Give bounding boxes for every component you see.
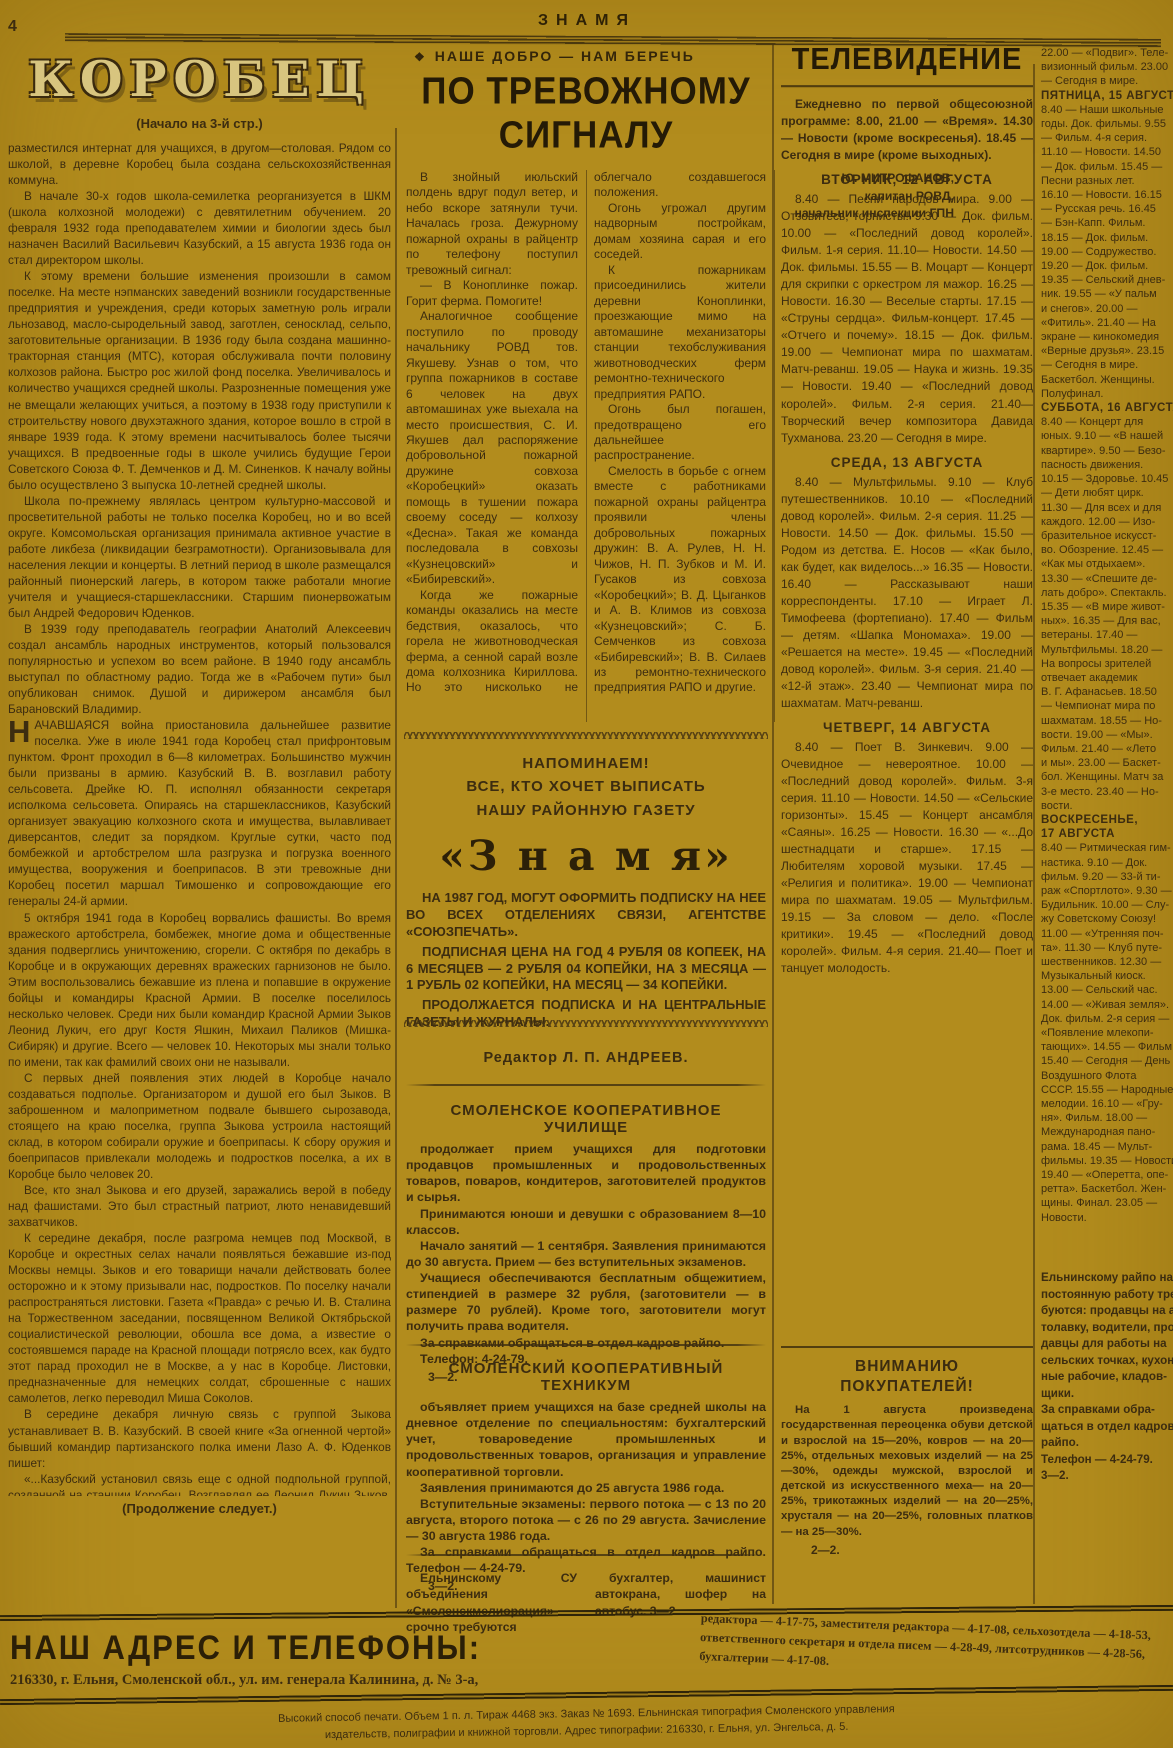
- fire-title-line2: СИГНАЛУ: [404, 113, 768, 158]
- article-paragraph: НАЧАВШАЯСЯ война приостановила дальнейше…: [8, 717, 391, 909]
- subscription-header-line: ВСЕ, КТО ХОЧЕТ ВЫПИСАТЬ: [404, 775, 768, 798]
- tv-fragment-line: — Русская речь. 16.45: [1041, 202, 1173, 216]
- tv-fragment-line: вости. 19.00 — «Мы».: [1041, 728, 1173, 742]
- ad-fragment-line: сельских точках, кухон-: [1041, 1353, 1173, 1370]
- article-paragraph: Смелость в борьбе с огнем вместе с работ…: [594, 464, 766, 696]
- ad-fragment-line: Ельнинскому райпо на: [1041, 1270, 1173, 1287]
- tv-day: ВТОРНИК, 12 АВГУСТА 8.40 — Песни народов…: [781, 172, 1033, 446]
- ad-fragment-line: ные рабочие, кладов-: [1041, 1369, 1173, 1386]
- ad-paragraph: Принимаются юноши и девушки с образовани…: [406, 1206, 766, 1238]
- tv-days: ВТОРНИК, 12 АВГУСТА 8.40 — Песни народов…: [781, 172, 1033, 977]
- tv-fragment-line: 10.15 — Здоровье. 10.45: [1041, 472, 1173, 486]
- newspaper-page: 4 ЗНАМЯ КОРОБЕЦ (Начало на 3-й стр.) раз…: [0, 0, 1173, 1748]
- section-rule: [406, 1084, 766, 1086]
- tv-fragment-line: На вопросы зрителей: [1041, 657, 1173, 671]
- column-divider: [1033, 64, 1035, 1604]
- tv-day: ЧЕТВЕРГ, 14 АВГУСТА 8.40 — Поет В. Зинке…: [781, 720, 1033, 977]
- tv-fragment-line: 17 АВГУСТА: [1041, 827, 1173, 841]
- tv-fragment-line: раж «Спортлото». 9.30 —: [1041, 884, 1173, 898]
- tv-fragment-line: Будильник. 10.00 — Слу-: [1041, 898, 1173, 912]
- tv-fragment-line: 13.30 — «Спешите де-: [1041, 572, 1173, 586]
- buyers-notice-text: На 1 августа произведена государственная…: [781, 1403, 1033, 1539]
- tv-fragment-line: и мы». 23.00 — Баскет-: [1041, 756, 1173, 770]
- ad-raipo-jobs: Ельнинскому райпо напостоянную работу тр…: [1041, 1270, 1173, 1485]
- tv-fragment-line: 15.40 — Сегодня — День: [1041, 1054, 1173, 1068]
- ad-fragment-line: райпо.: [1041, 1435, 1173, 1452]
- tv-fragment-line: «Как мы отдыхаем».: [1041, 557, 1173, 571]
- tv-fragment-line: шахматам. 18.55 — Но-: [1041, 714, 1173, 728]
- tv-section-title: ТЕЛЕВИДЕНИЕ: [781, 43, 1033, 88]
- article-paragraph: Аналогичное сообщение поступило по прово…: [406, 309, 578, 587]
- ad-uchilishche: СМОЛЕНСКОЕ КООПЕРАТИВНОЕ УЧИЛИЩЕ продолж…: [406, 1102, 766, 1385]
- tv-fragment-line: 11.10 — Новости. 14.50: [1041, 145, 1173, 159]
- tv-fragment-line: визионный фильм. 23.00: [1041, 60, 1173, 74]
- ad-paragraph: Учащиеся обеспечиваются бесплатным общеж…: [406, 1270, 766, 1335]
- ad-fragment-line: За справками обра-: [1041, 1402, 1173, 1419]
- tv-fragment-line: отвечает академик: [1041, 671, 1173, 685]
- tv-fragment-line: СУББОТА, 16 АВГУСТА: [1041, 401, 1173, 415]
- ad-text-left: Ельнинскому СУ объединения «Смоленскмели…: [406, 1570, 577, 1636]
- article-paragraph: С первых дней появления этих людей в Кор…: [8, 1070, 391, 1182]
- tv-fragment-line: квартире». 9.50 — Безо-: [1041, 444, 1173, 458]
- tv-fragment-line: СССР. 15.55 — Народные: [1041, 1083, 1173, 1097]
- ad-paragraph: продолжает прием учащихся для подготовки…: [406, 1141, 766, 1206]
- article-subtitle: (Начало на 3-й стр.): [8, 116, 391, 131]
- fire-article-title: ПО ТРЕВОЖНОМУ СИГНАЛУ: [404, 69, 768, 158]
- tv-fragment-line: каждого. 12.00 — Изо-: [1041, 515, 1173, 529]
- tv-fragment-line: Воздушного Флота: [1041, 1069, 1173, 1083]
- imprint: Высокий способ печати. Объем 1 п. л. Тир…: [60, 1698, 1113, 1748]
- buyers-notice-title: ВНИМАНИЮ ПОКУПАТЕЛЕЙ!: [781, 1357, 1033, 1397]
- article-title: КОРОБЕЦ: [8, 50, 391, 108]
- ad-fragment-line: 3—2.: [1041, 1468, 1173, 1485]
- subscription-header-line: НАПОМИНАЕМ!: [404, 752, 768, 775]
- ad-fragment-line: щаться в отдел кадров: [1041, 1419, 1173, 1436]
- ad-fragment-line: постоянную работу тре-: [1041, 1287, 1173, 1304]
- ad-tekhnikum: СМОЛЕНСКИЙ КООПЕРАТИВНЫЙ ТЕХНИКУМ объявл…: [406, 1360, 766, 1595]
- tv-fragment-line: — Фильм. 4-я серия.: [1041, 131, 1173, 145]
- tv-fragment-line: 11.00 — «Утренняя поч-: [1041, 927, 1173, 941]
- tv-fragment-line: ных». 16.35 — Для вас,: [1041, 614, 1173, 628]
- tv-fragment-line: щины. Финал. 23.05 —: [1041, 1196, 1173, 1210]
- tv-fragment-line: 19.35 — Сельский днев-: [1041, 273, 1173, 287]
- tv-fragment-line: 22.00 — «Подвиг». Теле-: [1041, 46, 1173, 60]
- buyers-notice: ВНИМАНИЮ ПОКУПАТЕЛЕЙ! На 1 августа произ…: [781, 1346, 1033, 1557]
- article-paragraph: В начале 30-х годов школа-семилетка реор…: [8, 188, 391, 268]
- tv-fragment-line: Новости.: [1041, 1211, 1173, 1225]
- tv-fragment-line: В. Г. Афанасьев. 18.50: [1041, 685, 1173, 699]
- tv-fragment-line: шественников. 12.30 —: [1041, 955, 1173, 969]
- tv-fragment-line: — Бэн-Капп. Фильм.: [1041, 216, 1173, 230]
- tv-day-listing: 8.40 — Мультфильмы. 9.10 — Клуб путешест…: [781, 474, 1033, 712]
- column-divider: [395, 128, 397, 1608]
- ad-fragment-line: давцы для работы на: [1041, 1336, 1173, 1353]
- tv-fragment-line: годы. Док. фильмы. 9.55: [1041, 117, 1173, 131]
- article-paragraph: «...Казубский установил связь еще с одно…: [8, 1471, 391, 1496]
- ad-fragment-line: щики.: [1041, 1386, 1173, 1403]
- subscription-header-line: НАШУ РАЙОННУЮ ГАЗЕТУ: [404, 799, 768, 822]
- tv-fragment-line: Док. фильм. 2-я серия —: [1041, 1012, 1173, 1026]
- tv-fragment-line: ПЯТНИЦА, 15 АВГУСТА: [1041, 89, 1173, 103]
- right-clipped-column: 22.00 — «Подвиг». Теле-визионный фильм. …: [1041, 46, 1173, 1612]
- tv-fragment-line: тающих». 14.55 — Фильм.: [1041, 1040, 1173, 1054]
- address-title: НАШ АДРЕС И ТЕЛЕФОНЫ:: [10, 1628, 481, 1668]
- tv-fragment-line: Песни разных лет.: [1041, 174, 1173, 188]
- tv-fragment-line: 8.40 — Наши школьные: [1041, 103, 1173, 117]
- buyers-title-line2: ПОКУПАТЕЛЕЙ!: [781, 1377, 1033, 1397]
- ad-paragraph: Заявления принимаются до 25 августа 1986…: [406, 1480, 766, 1496]
- article-paragraph: В 1939 году преподаватель географии Анат…: [8, 621, 391, 717]
- article-paragraph: В знойный июльский полдень вдруг подул в…: [406, 170, 578, 278]
- editor-line: Редактор Л. П. АНДРЕЕВ.: [404, 1050, 768, 1066]
- fire-article-body: В знойный июльский полдень вдруг подул в…: [406, 170, 766, 722]
- article-paragraph: Все, кто знал Зыкова и его друзей, зараж…: [8, 1182, 391, 1230]
- tv-fragment-line: Полуфинал.: [1041, 387, 1173, 401]
- tv-fragment-line: 19.00 — Содружество.: [1041, 245, 1173, 259]
- tv-fragment-line: Фильм. 21.40 — «Лето: [1041, 742, 1173, 756]
- ad-paragraph: объявляет прием учащихся на базе средней…: [406, 1399, 766, 1480]
- tv-fragment-line: 15.35 — «В мире живот-: [1041, 600, 1173, 614]
- tv-listing-fragments: 22.00 — «Подвиг». Теле-визионный фильм. …: [1041, 46, 1173, 1225]
- tv-fragment-line: Мультфильмы. 18.20 —: [1041, 643, 1173, 657]
- rubric: ❖НАШЕ ДОБРО — НАМ БЕРЕЧЬ: [414, 48, 695, 64]
- tv-fragment-line: 16.10 — Новости. 16.15: [1041, 188, 1173, 202]
- tv-fragment-line: «Фитиль». 21.40 — На: [1041, 316, 1173, 330]
- ad-paragraph: За справками обращаться в отдел кадров р…: [406, 1335, 766, 1351]
- article-paragraph: К пожарникам присоединились жители дерев…: [594, 263, 766, 402]
- tv-fragment-line: 11.30 — Для всех и для: [1041, 501, 1173, 515]
- column-divider: [772, 44, 774, 1604]
- buyers-title-line1: ВНИМАНИЮ: [781, 1357, 1033, 1377]
- tv-fragment-line: жу Советскому Союзу!: [1041, 912, 1173, 926]
- fire-title-line1: ПО ТРЕВОЖНОМУ: [404, 69, 768, 114]
- phone-directory: редактора — 4-17-75, заместителя редакто…: [699, 1609, 1171, 1684]
- tv-fragment-line: Международная пано-: [1041, 1125, 1173, 1139]
- tv-fragment-line: ветераны. 17.40 —: [1041, 628, 1173, 642]
- tv-fragment-line: — Чемпионат мира по: [1041, 699, 1173, 713]
- tv-fragment-line: 3-е место. 23.40 — Но-: [1041, 785, 1173, 799]
- tv-intro: Ежедневно по первой общесоюзной программ…: [781, 96, 1033, 164]
- rubric-diamond-icon: ❖: [414, 50, 427, 64]
- ad-paragraph: Начало занятий — 1 сентября. Заявления п…: [406, 1238, 766, 1270]
- article-paragraph: 5 октября 1941 года в Коробец ворвались …: [8, 910, 391, 1070]
- tv-fragment-line: ВОСКРЕСЕНЬЕ,: [1041, 813, 1173, 827]
- tv-fragment-line: ня». Фильм. 18.00 —: [1041, 1111, 1173, 1125]
- article-body: разместился интернат для учащихся, в дру…: [8, 140, 391, 1496]
- article-paragraph: разместился интернат для учащихся, в дру…: [8, 140, 391, 188]
- article-paragraph: К этому времени большие изменения произо…: [8, 268, 391, 492]
- article-paragraph: Огонь угрожал другим надворным постройка…: [594, 201, 766, 263]
- tv-fragment-line: 19.40 — «Оперетта, опе-: [1041, 1168, 1173, 1182]
- section-rule: [406, 1554, 766, 1556]
- tv-day: СРЕДА, 13 АВГУСТА 8.40 — Мультфильмы. 9.…: [781, 455, 1033, 712]
- ad-title: СМОЛЕНСКОЕ КООПЕРАТИВНОЕ УЧИЛИЩЕ: [406, 1102, 766, 1136]
- tv-fragment-line: во. Обозрение. 12.45 —: [1041, 543, 1173, 557]
- ad-title: СМОЛЕНСКИЙ КООПЕРАТИВНЫЙ ТЕХНИКУМ: [406, 1360, 766, 1394]
- tv-fragment-line: 14.00 — «Живая земля».: [1041, 998, 1173, 1012]
- article-paragraph: Школа по-прежнему являлась центром культ…: [8, 493, 391, 621]
- tv-fragment-line: — Дети любят цирк.: [1041, 486, 1173, 500]
- ad-run-mark: 2—2.: [781, 1543, 1033, 1557]
- tv-fragment-line: та». 11.30 — Клуб путе-: [1041, 941, 1173, 955]
- tv-fragment-line: 19.20 — Док. фильм.: [1041, 259, 1173, 273]
- tv-day-header: ЧЕТВЕРГ, 14 АВГУСТА: [781, 720, 1033, 735]
- tv-day-listing: 8.40 — Песни народов мира. 9.00 — Отзови…: [781, 191, 1033, 446]
- rubric-label: НАШЕ ДОБРО — НАМ БЕРЕЧЬ: [435, 48, 695, 64]
- tv-fragment-line: лать добро». Спектакль.: [1041, 586, 1173, 600]
- tv-fragment-line: 8.40 — Ритмическая гим-: [1041, 841, 1173, 855]
- ad-fragment-line: толавку, водители, про-: [1041, 1320, 1173, 1337]
- section-rule: [406, 1344, 766, 1346]
- tv-fragment-line: настика. 9.10 — Док.: [1041, 856, 1173, 870]
- tv-fragment-line: вости.: [1041, 799, 1173, 813]
- subscription-body: НА 1987 ГОД, МОГУТ ОФОРМИТЬ ПОДПИСКУ НА …: [406, 890, 766, 1034]
- tv-fragment-line: бразительное искусст-: [1041, 529, 1173, 543]
- tv-fragment-line: — Сегодня в мире.: [1041, 74, 1173, 88]
- tv-day-listing: 8.40 — Поет В. Зинкевич. 9.00 — Очевидно…: [781, 739, 1033, 977]
- page-number: 4: [8, 18, 17, 36]
- tv-day-header: СРЕДА, 13 АВГУСТА: [781, 455, 1033, 470]
- tv-fragment-line: бол. Женщины. Матч за: [1041, 770, 1173, 784]
- subscription-paragraph: ПОДПИСНАЯ ЦЕНА НА ГОД 4 РУБЛЯ 08 КОПЕЕК,…: [406, 944, 766, 995]
- tv-fragment-line: фильмы. 19.35 — Новости.: [1041, 1154, 1173, 1168]
- tv-fragment-line: юных. 9.10 — «В нашей: [1041, 429, 1173, 443]
- tv-fragment-line: — Сегодня в мире.: [1041, 358, 1173, 372]
- subscription-paragraph: НА 1987 ГОД, МОГУТ ОФОРМИТЬ ПОДПИСКУ НА …: [406, 890, 766, 941]
- tv-fragment-line: ник. 19.55 — «У пальм: [1041, 287, 1173, 301]
- middle-column: ❖НАШЕ ДОБРО — НАМ БЕРЕЧЬ ПО ТРЕВОЖНОМУ С…: [404, 46, 768, 1612]
- tv-fragment-line: мелодии. 16.10 — «Гру-: [1041, 1097, 1173, 1111]
- article-paragraph: К середине декабря, после разгрома немце…: [8, 1230, 391, 1406]
- ad-fragment-line: буются: продавцы на ав-: [1041, 1303, 1173, 1320]
- tv-fragment-line: и снегов». 20.00 —: [1041, 302, 1173, 316]
- subscription-gazette-title: «З н а м я»: [404, 832, 768, 880]
- article-paragraph: Огонь был погашен, предотвращено его дал…: [594, 402, 766, 464]
- tv-fragment-line: фильм. 9.20 — 33-й ти-: [1041, 870, 1173, 884]
- tv-fragment-line: — Док. фильм. 15.45 —: [1041, 160, 1173, 174]
- tv-fragment-line: «Появление млекопи-: [1041, 1026, 1173, 1040]
- ad-fragment-line: Телефон — 4-24-79.: [1041, 1452, 1173, 1469]
- address-line: 216330, г. Ельня, Смоленской обл., ул. и…: [10, 1672, 478, 1689]
- tv-fragment-line: 8.40 — Концерт для: [1041, 415, 1173, 429]
- tv-fragment-line: Баскетбол. Женщины.: [1041, 373, 1173, 387]
- article-paragraph: — В Коноплинке пожар. Горит ферма. Помог…: [406, 278, 578, 309]
- tv-column: ТЕЛЕВИДЕНИЕ Ежедневно по первой общесоюз…: [781, 44, 1033, 1612]
- tv-fragment-line: Музыкальный киоск.: [1041, 969, 1173, 983]
- subscription-header: НАПОМИНАЕМ!ВСЕ, КТО ХОЧЕТ ВЫПИСАТЬНАШУ Р…: [404, 752, 768, 822]
- ad-paragraph: Вступительные экзамены: первого потока —…: [406, 1496, 766, 1544]
- tv-fragment-line: ретта». Баскетбол. Жен-: [1041, 1182, 1173, 1196]
- tv-day-header: ВТОРНИК, 12 АВГУСТА: [781, 172, 1033, 187]
- to-be-continued: (Продолжение следует.): [8, 1501, 391, 1516]
- article-paragraph: В середине декабря личную связь с группо…: [8, 1406, 391, 1470]
- tv-fragment-line: «Верные друзья». 23.15: [1041, 344, 1173, 358]
- tv-fragment-line: пасность движения.: [1041, 458, 1173, 472]
- wavy-separator: [404, 732, 768, 739]
- wavy-separator: [404, 1020, 768, 1027]
- tv-fragment-line: 13.00 — Сельский час.: [1041, 983, 1173, 997]
- tv-fragment-line: рама. 18.45 — Мульт-: [1041, 1140, 1173, 1154]
- tv-fragment-line: 18.15 — Док. фильм.: [1041, 231, 1173, 245]
- masthead: ЗНАМЯ: [462, 12, 712, 30]
- article-korobets: КОРОБЕЦ (Начало на 3-й стр.) разместился…: [8, 50, 391, 1616]
- tv-fragment-line: экране — кинокомедия: [1041, 330, 1173, 344]
